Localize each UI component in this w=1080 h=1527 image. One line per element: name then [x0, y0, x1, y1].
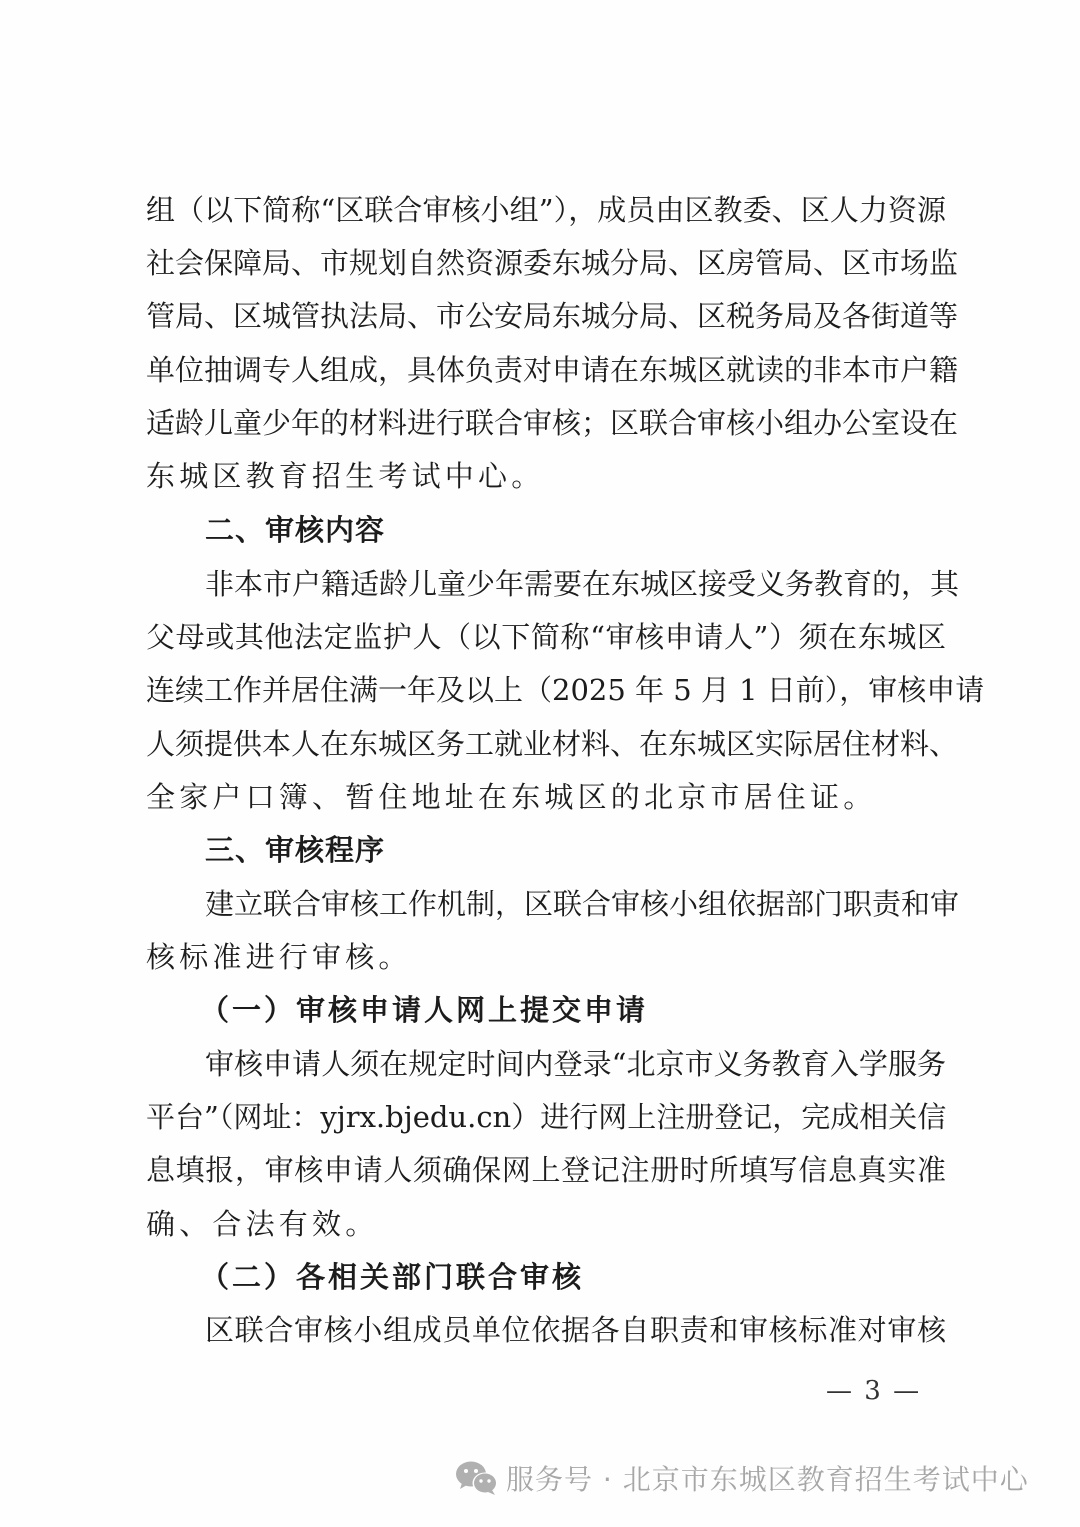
account-footer: 服务号 · 北京市东城区教育招生考试中心 [454, 1458, 1029, 1498]
body-line: 东城区教育招生考试中心。 [146, 458, 946, 494]
body-line: 非本市户籍适龄儿童少年需要在东城区接受义务教育的，其 [205, 566, 946, 602]
document-page: 组（以下简称“区联合审核小组”），成员由区教委、区人力资源 社会保障局、市规划自… [0, 0, 1080, 1527]
body-line: 全家户口簿、暂住地址在东城区的北京市居住证。 [146, 779, 946, 815]
body-line: 审核申请人须在规定时间内登录“北京市义务教育入学服务 [205, 1046, 946, 1082]
body-line: 人须提供本人在东城区务工就业材料、在东城区实际居住材料、 [146, 726, 946, 762]
body-line: 适龄儿童少年的材料进行联合审核；区联合审核小组办公室设在 [146, 405, 946, 441]
footer-label: 服务号 · 北京市东城区教育招生考试中心 [506, 1458, 1029, 1498]
body-line: 建立联合审核工作机制，区联合审核小组依据部门职责和审 [205, 886, 946, 922]
body-line: 父母或其他法定监护人（以下简称“审核申请人”）须在东城区 [146, 619, 946, 655]
subsection-heading-2: （二）各相关部门联合审核 [200, 1259, 1000, 1295]
body-line: 区联合审核小组成员单位依据各自职责和审核标准对审核 [205, 1312, 946, 1348]
subsection-heading-1: （一）审核申请人网上提交申请 [200, 992, 1000, 1028]
section-heading-2: 二、审核内容 [205, 512, 946, 548]
body-line: 单位抽调专人组成，具体负责对申请在东城区就读的非本市户籍 [146, 352, 946, 388]
body-line: 确、合法有效。 [146, 1206, 946, 1242]
body-line: 核标准进行审核。 [146, 939, 946, 975]
body-line: 连续工作并居住满一年及以上（2025 年 5 月 1 日前），审核申请 [146, 672, 946, 708]
body-line: 平台”（网址：yjrx.bjedu.cn）进行网上注册登记，完成相关信 [146, 1099, 946, 1135]
section-heading-3: 三、审核程序 [205, 832, 946, 868]
body-line: 社会保障局、市规划自然资源委东城分局、区房管局、区市场监 [146, 245, 946, 281]
body-line: 组（以下简称“区联合审核小组”），成员由区教委、区人力资源 [146, 192, 946, 228]
page-number: — 3 — [826, 1376, 921, 1406]
wechat-icon [454, 1459, 500, 1497]
body-line: 管局、区城管执法局、市公安局东城分局、区税务局及各街道等 [146, 298, 946, 334]
body-line: 息填报，审核申请人须确保网上登记注册时所填写信息真实准 [146, 1152, 946, 1188]
